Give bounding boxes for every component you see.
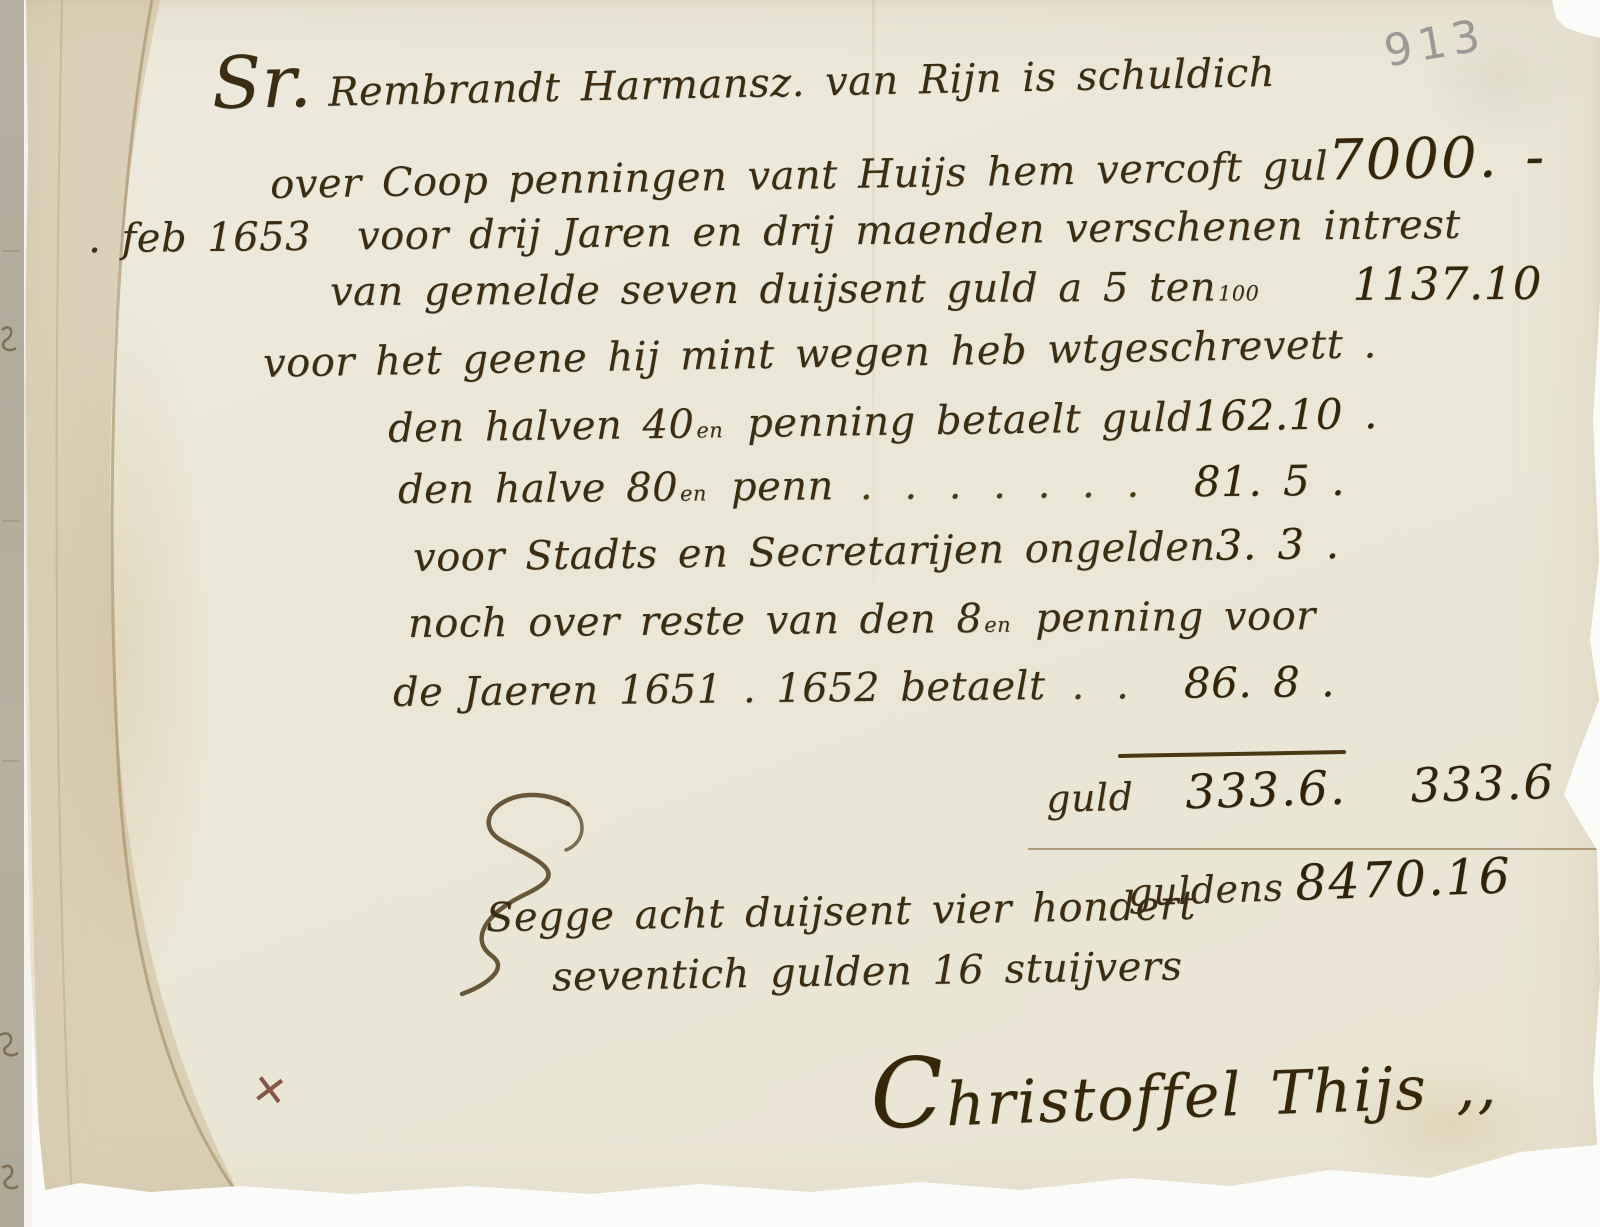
scan-background: Sr. Rembrandt Harmansz. van Rijn is schu… [0, 0, 1600, 1227]
currency-label: guld [1046, 777, 1134, 821]
line-years-1651-1652: de Jaeren 1651 . 1652 betaelt . . 86. 8 … [393, 659, 1335, 715]
grand-total-value: 8470.16 [1294, 849, 1512, 910]
amount-value: 81. 5 . [1194, 458, 1345, 506]
amount-value: 86. 8 . [1184, 659, 1336, 707]
superscript: 100 [1218, 282, 1259, 305]
sum-rule-bottom [1028, 848, 1600, 850]
manuscript-paper: Sr. Rembrandt Harmansz. van Rijn is schu… [0, 0, 1600, 1227]
superscript: en [984, 614, 1011, 637]
amount-value: 162.10 . [1193, 391, 1378, 440]
amount-value: 1137.10 [1352, 259, 1542, 309]
line-8th-penny: noch over reste van den 8 en penning voo… [408, 594, 1316, 646]
flourished-initial: Sr. [212, 81, 312, 83]
amount-value: 3. 3 . [1215, 521, 1339, 569]
amount-value: 7000. - [1328, 127, 1547, 192]
line-text: penn [711, 464, 834, 509]
line-text: penning voor [1015, 594, 1316, 641]
subtotal-value: 333.6. [1185, 763, 1348, 819]
superscript: en [696, 419, 723, 442]
superscript: en [680, 482, 707, 505]
signature-christoffel-thijs: Christoffel Thijs ,, [868, 1021, 1499, 1148]
line-interest-amount: van gemelde seven duijsent guld a 5 ten … [330, 259, 1542, 315]
margin-date: . feb 1653 [88, 215, 311, 261]
line-text: noch over reste van den 8 [408, 597, 983, 646]
margin-ink-fragments [0, 0, 24, 1227]
line-text: den halven 40 [388, 403, 695, 451]
cross-annotation-mark: ✕ [249, 1064, 291, 1117]
line-text: van gemelde seven duijsent guld a 5 ten [330, 266, 1216, 315]
line-text: de Jaeren 1651 . 1652 betaelt [393, 664, 1046, 715]
subtotal-value-repeat: 333.6 [1410, 757, 1556, 813]
line-text: penning betaelt guld [727, 396, 1194, 447]
leader-dots: . . [1071, 663, 1135, 708]
line-text: den halve 80 [398, 466, 678, 512]
adjacent-page-edge [0, 0, 24, 1227]
leader-dots: . . . . . . . [860, 462, 1146, 508]
line-80th-penny: den halve 80 en penn . . . . . . . 81. 5… [398, 458, 1345, 512]
